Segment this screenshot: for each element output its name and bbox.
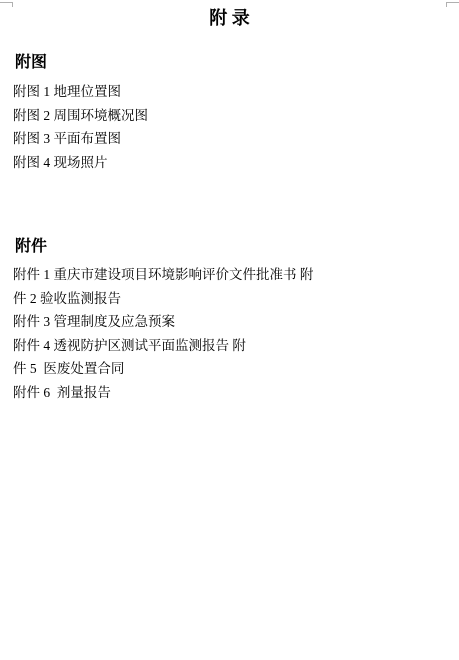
figure-list-item: 附图 2 周围环境概况图 [13, 104, 449, 128]
attachment-list-item: 附件 4 透视防护区测试平面监测报告 附 [13, 334, 449, 358]
attachments-list: 附件 1 重庆市建设项目环境影响评价文件批准书 附 件 2 验收监测报告 附件 … [13, 263, 449, 404]
attachment-list-item: 件 2 验收监测报告 [13, 287, 449, 311]
crop-mark-horizontal [446, 2, 459, 3]
attachment-list-item: 件 5 医废处置合同 [13, 357, 449, 381]
figure-list-item: 附图 3 平面布置图 [13, 127, 449, 151]
document-page: 附 录 附图 附图 1 地理位置图 附图 2 周围环境概况图 附图 3 平面布置… [0, 0, 459, 660]
document-title: 附 录 [0, 6, 459, 30]
section-figures-heading: 附图 [15, 51, 47, 75]
figures-list: 附图 1 地理位置图 附图 2 周围环境概况图 附图 3 平面布置图 附图 4 … [13, 80, 449, 174]
figure-list-item: 附图 1 地理位置图 [13, 80, 449, 104]
attachment-list-item: 附件 1 重庆市建设项目环境影响评价文件批准书 附 [13, 263, 449, 287]
figure-list-item: 附图 4 现场照片 [13, 151, 449, 175]
section-attachments-heading: 附件 [15, 235, 47, 259]
attachment-list-item: 附件 3 管理制度及应急预案 [13, 310, 449, 334]
attachment-list-item: 附件 6 剂量报告 [13, 381, 449, 405]
